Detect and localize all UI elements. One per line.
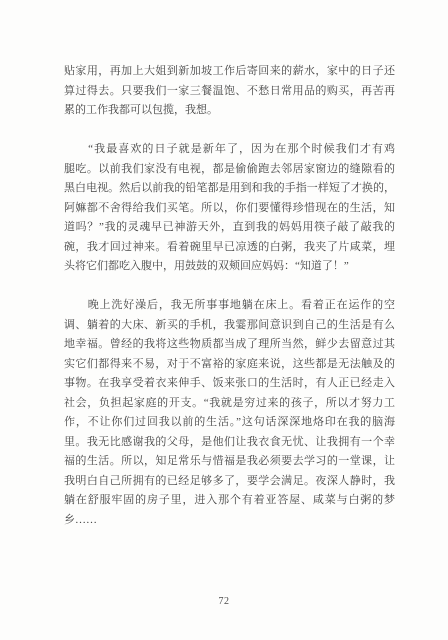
paragraph: 晚上洗好澡后，我无所事事地躺在床上。看着正在运作的空调、躺着的大床、新买的手机，… bbox=[64, 296, 395, 530]
text-line: 贴家用，再加上大姐到新加坡工作后寄回来的薪水，家中的日子还 bbox=[64, 62, 395, 82]
text-line: 事物。在我享受着衣来伸手、饭来张口的生活时，有人正已经走入 bbox=[64, 374, 395, 394]
document-page: 贴家用，再加上大姐到新加坡工作后寄回来的薪水，家中的日子还算过得去。只要我们一家… bbox=[0, 0, 448, 640]
text-line: 躺在舒服牢固的房子里，进入那个有着亚答屋、咸菜与白粥的梦 bbox=[64, 491, 395, 511]
text-line: 累的工作我都可以包揽，我想。 bbox=[64, 101, 395, 121]
text-line: 头将它们都吃入腹中，用鼓鼓的双颊回应妈妈：“知道了！” bbox=[64, 257, 395, 277]
text-line: 社会，负担起家庭的开支。“我就是穷过来的孩子，所以才努力工 bbox=[64, 394, 395, 414]
text-line: 作，不让你们过回我以前的生活。”这句话深深地烙印在我的脑海 bbox=[64, 413, 395, 433]
text-line: 实它们都得来不易，对于不富裕的家庭来说，这些都是无法触及的 bbox=[64, 355, 395, 375]
text-line: 里。我无比感谢我的父母，是他们让我衣食无忧、让我拥有一个幸 bbox=[64, 433, 395, 453]
paragraph: 贴家用，再加上大姐到新加坡工作后寄回来的薪水，家中的日子还算过得去。只要我们一家… bbox=[64, 62, 395, 121]
text-line: 黑白电视。然后以前我的铅笔都是用到和我的手指一样短了才换的， bbox=[64, 179, 395, 199]
text-line: 道吗？”我的灵魂早已神游天外，直到我的妈妈用筷子敲了敲我的 bbox=[64, 218, 395, 238]
text-line: 腿吃。以前我们家没有电视，都是偷偷跑去邻居家窗边的缝隙看的 bbox=[64, 160, 395, 180]
essay-text: 贴家用，再加上大姐到新加坡工作后寄回来的薪水，家中的日子还算过得去。只要我们一家… bbox=[64, 62, 395, 550]
text-line: 福的生活。所以，知足常乐与惜福是我必须要去学习的一堂课，让 bbox=[64, 452, 395, 472]
text-line: “我最喜欢的日子就是新年了，因为在那个时候我们才有鸡 bbox=[64, 140, 395, 160]
text-line: 乡…… bbox=[64, 511, 395, 531]
text-line: 阿嫲都不舍得给我们买笔。所以，你们要懂得珍惜现在的生活，知 bbox=[64, 199, 395, 219]
page-number: 72 bbox=[0, 596, 448, 608]
text-line: 算过得去。只要我们一家三餐温饱、不愁日常用品的购买，再苦再 bbox=[64, 82, 395, 102]
text-line: 晚上洗好澡后，我无所事事地躺在床上。看着正在运作的空 bbox=[64, 296, 395, 316]
text-line: 调、躺着的大床、新买的手机，我霎那间意识到自己的生活是有么 bbox=[64, 316, 395, 336]
paragraph: “我最喜欢的日子就是新年了，因为在那个时候我们才有鸡腿吃。以前我们家没有电视，都… bbox=[64, 140, 395, 277]
text-line: 我明白自己所拥有的已经足够多了，要学会满足。夜深人静时，我 bbox=[64, 472, 395, 492]
text-line: 碗，我才回过神来。看着碗里早已凉透的白粥，我夹了片咸菜，埋 bbox=[64, 238, 395, 258]
text-line: 地幸福。曾经的我将这些物质都当成了理所当然，鲜少去留意过其 bbox=[64, 335, 395, 355]
